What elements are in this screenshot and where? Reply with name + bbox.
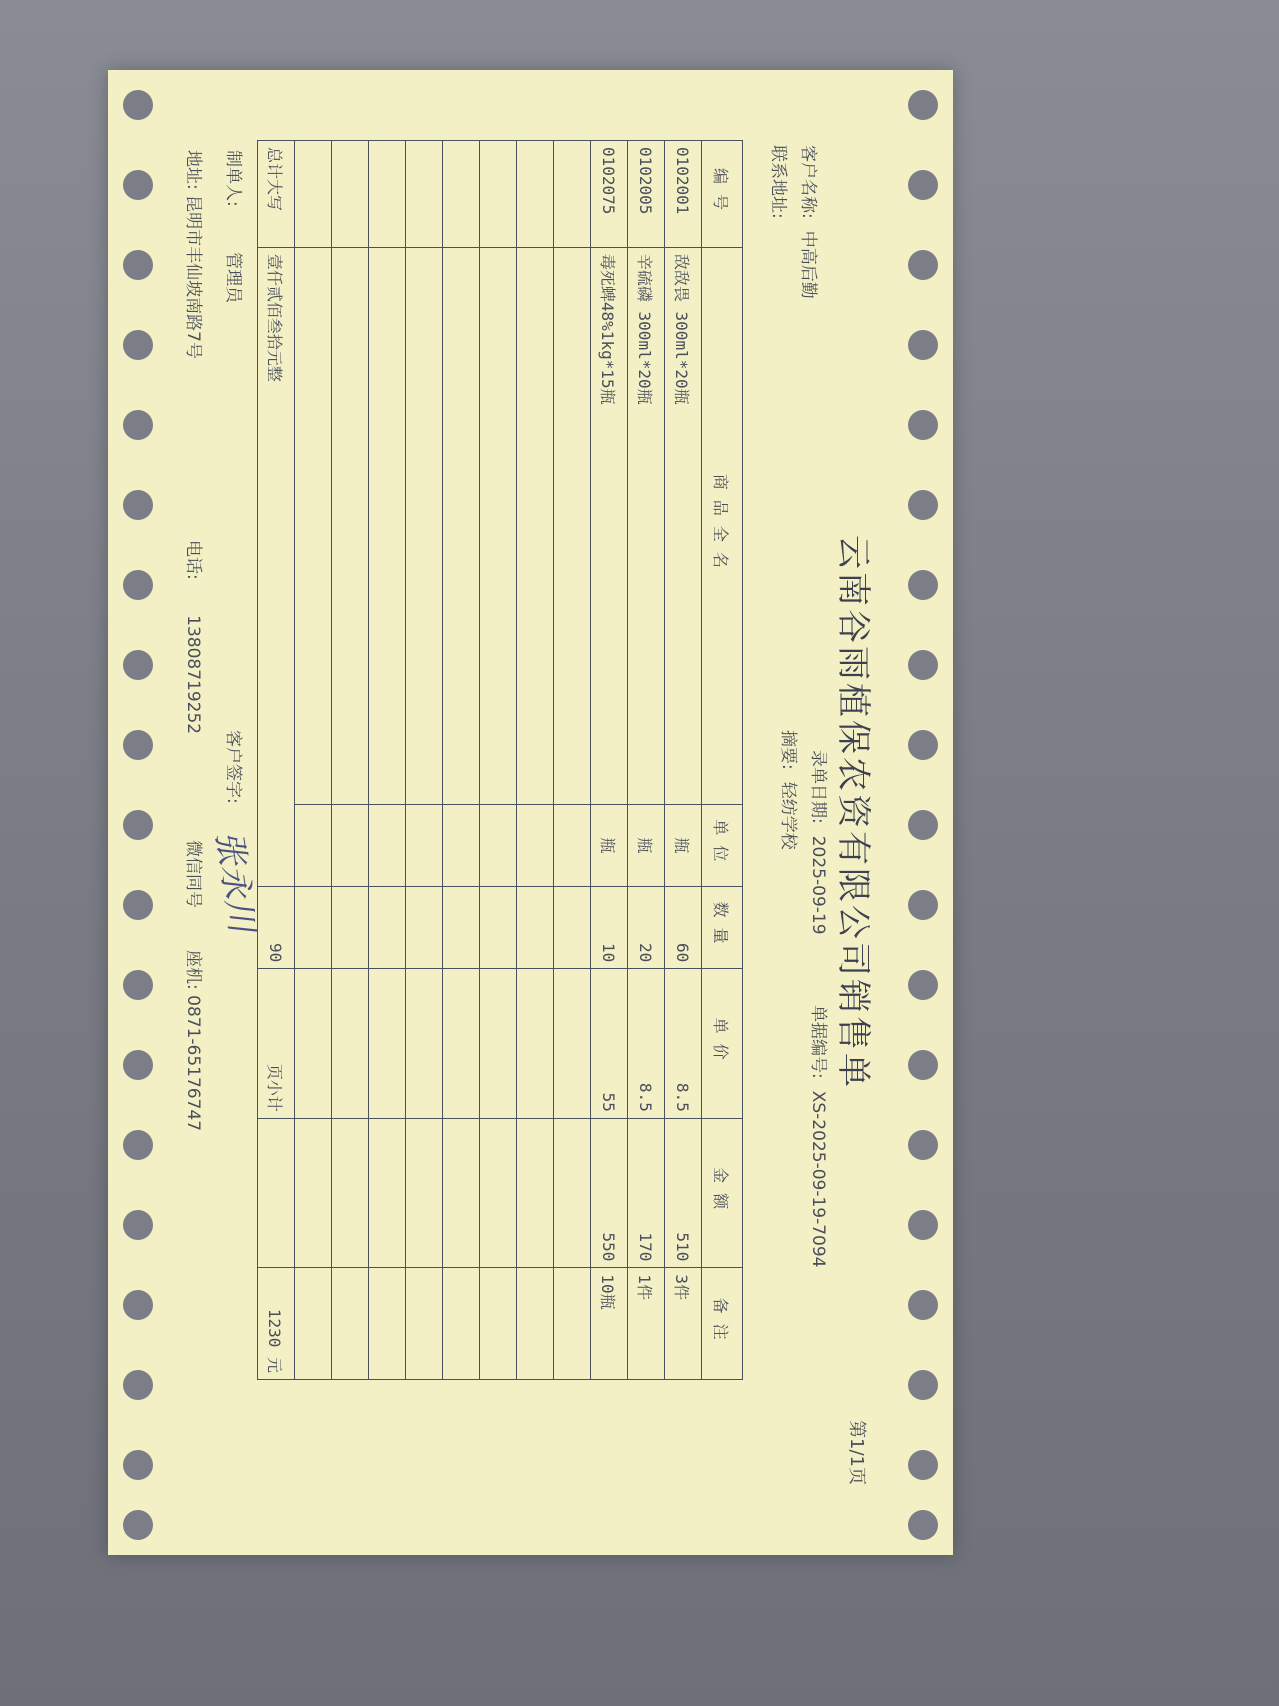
header-name: 商品全名 — [702, 247, 743, 804]
receipt-title: 云南谷雨植保农资有限公司销售单 — [832, 70, 881, 1555]
hole-icon — [908, 410, 938, 440]
document-number: 单据编号:XS-2025-09-19-7094 — [808, 1005, 833, 1268]
customer-signature: 客户签字: — [223, 730, 248, 804]
address-label: 地址: — [183, 150, 203, 190]
total-amount: 1230 元 — [258, 1268, 295, 1380]
tractor-holes-bottom — [108, 70, 168, 1555]
cell-price: 8.5 — [628, 969, 665, 1119]
landline-label: 座机: — [183, 950, 203, 990]
table-row-empty — [406, 141, 443, 1380]
cell-code: 0102001 — [665, 141, 702, 248]
landline: 座机: 0871-65176747 — [183, 950, 208, 1131]
hole-icon — [908, 1370, 938, 1400]
address: 地址: 昆明市丰仙坡南路7号 — [183, 150, 208, 359]
table-row-empty — [332, 141, 369, 1380]
hole-icon — [908, 330, 938, 360]
hole-icon — [123, 250, 153, 280]
hole-icon — [908, 1210, 938, 1240]
hole-icon — [908, 90, 938, 120]
table-row-empty — [480, 141, 517, 1380]
hole-icon — [123, 410, 153, 440]
entry-date-label: 录单日期: — [808, 750, 828, 824]
hole-icon — [123, 1050, 153, 1080]
hole-icon — [908, 650, 938, 680]
phone: 电话: 13808719252 — [183, 540, 208, 734]
hole-icon — [908, 1130, 938, 1160]
summary: 摘要:轻纺学校 — [778, 730, 803, 850]
doc-no-value: XS-2025-09-19-7094 — [808, 1091, 828, 1268]
hole-icon — [908, 730, 938, 760]
customer-label: 客户名称: — [798, 145, 818, 219]
cell-code: 0102075 — [591, 141, 628, 248]
phone-label: 电话: — [183, 540, 203, 580]
cell-unit: 瓶 — [628, 804, 665, 886]
table-row: 0102001 敌敌畏 300ml*20瓶 瓶 60 8.5 510 3件 — [665, 141, 702, 1380]
wechat: 微信同号 — [183, 840, 208, 908]
page-number: 第1/1页 — [845, 1420, 871, 1485]
address-value: 昆明市丰仙坡南路7号 — [183, 195, 203, 359]
cell-name: 辛硫磷 300ml*20瓶 — [628, 247, 665, 804]
hole-icon — [908, 570, 938, 600]
phone-value: 13808719252 — [183, 615, 203, 734]
entry-date: 录单日期:2025-09-19 — [808, 750, 833, 935]
customer-sign-label: 客户签字: — [223, 730, 243, 804]
cell-amount: 510 — [665, 1118, 702, 1268]
hole-icon — [123, 1370, 153, 1400]
hole-icon — [908, 490, 938, 520]
header-qty: 数量 — [702, 887, 743, 969]
maker-label: 制单人: — [223, 150, 243, 207]
hole-icon — [908, 170, 938, 200]
sales-receipt: 云南谷雨植保农资有限公司销售单 第1/1页 客户名称:中高后勤 联系地址: 录单… — [108, 70, 953, 1555]
table-row-empty — [554, 141, 591, 1380]
table-row: 0102075 毒死蜱48%1kg*15瓶 瓶 10 55 550 10瓶 — [591, 141, 628, 1380]
cell-amount: 170 — [628, 1118, 665, 1268]
summary-value: 轻纺学校 — [778, 782, 798, 850]
cell-qty: 20 — [628, 887, 665, 969]
customer-value: 中高后勤 — [798, 231, 818, 299]
table-row-empty — [369, 141, 406, 1380]
hole-icon — [123, 1510, 153, 1540]
table-header-row: 编号 商品全名 单位 数量 单价 金额 备注 — [702, 141, 743, 1380]
hole-icon — [908, 890, 938, 920]
total-label: 总计大写 — [258, 141, 295, 248]
table-row-empty — [517, 141, 554, 1380]
cell-qty: 60 — [665, 887, 702, 969]
hole-icon — [908, 1510, 938, 1540]
maker: 制单人: 管理员 — [223, 150, 248, 303]
subtotal-label: 页小计 — [258, 969, 295, 1119]
hole-icon — [123, 810, 153, 840]
cell-name: 敌敌畏 300ml*20瓶 — [665, 247, 702, 804]
cell-name: 毒死蜱48%1kg*15瓶 — [591, 247, 628, 804]
hole-icon — [123, 1290, 153, 1320]
cell-qty: 10 — [591, 887, 628, 969]
header-unit: 单位 — [702, 804, 743, 886]
summary-label: 摘要: — [778, 730, 798, 770]
cell-remark: 1件 — [628, 1268, 665, 1380]
cell-price: 8.5 — [665, 969, 702, 1119]
hole-icon — [123, 1130, 153, 1160]
hole-icon — [908, 1450, 938, 1480]
cell-unit: 瓶 — [665, 804, 702, 886]
hole-icon — [123, 730, 153, 760]
hole-icon — [908, 810, 938, 840]
hole-icon — [123, 1450, 153, 1480]
entry-date-value: 2025-09-19 — [808, 836, 828, 935]
table-total-row: 总计大写 壹仟贰佰叁拾元整 90 页小计 1230 元 — [258, 141, 295, 1380]
table-row-empty — [443, 141, 480, 1380]
header-remark: 备注 — [702, 1268, 743, 1380]
hole-icon — [123, 890, 153, 920]
header-amount: 金额 — [702, 1118, 743, 1268]
total-words: 壹仟贰佰叁拾元整 — [258, 247, 295, 886]
hole-icon — [123, 970, 153, 1000]
hole-icon — [908, 250, 938, 280]
header-price: 单价 — [702, 969, 743, 1119]
maker-value: 管理员 — [223, 252, 243, 303]
cell-code: 0102005 — [628, 141, 665, 248]
cell-price: 55 — [591, 969, 628, 1119]
hole-icon — [123, 490, 153, 520]
tractor-holes-top — [893, 70, 953, 1555]
header-code: 编号 — [702, 141, 743, 248]
hole-icon — [123, 170, 153, 200]
cell-unit: 瓶 — [591, 804, 628, 886]
cell-remark: 10瓶 — [591, 1268, 628, 1380]
hole-icon — [123, 1210, 153, 1240]
hole-icon — [123, 570, 153, 600]
table-row-empty — [295, 141, 332, 1380]
cell-remark: 3件 — [665, 1268, 702, 1380]
doc-no-label: 单据编号: — [808, 1005, 828, 1079]
cell-amount: 550 — [591, 1118, 628, 1268]
contact-address: 联系地址: — [768, 145, 793, 231]
contact-address-label: 联系地址: — [768, 145, 788, 219]
hole-icon — [908, 1050, 938, 1080]
customer-name: 客户名称:中高后勤 — [798, 145, 823, 299]
hole-icon — [123, 330, 153, 360]
landline-value: 0871-65176747 — [183, 995, 203, 1131]
table-row: 0102005 辛硫磷 300ml*20瓶 瓶 20 8.5 170 1件 — [628, 141, 665, 1380]
items-table: 编号 商品全名 单位 数量 单价 金额 备注 0102001 敌敌畏 300ml… — [257, 140, 743, 1380]
hole-icon — [908, 1290, 938, 1320]
wechat-label: 微信同号 — [183, 840, 203, 908]
hole-icon — [123, 90, 153, 120]
hole-icon — [908, 970, 938, 1000]
hole-icon — [123, 650, 153, 680]
